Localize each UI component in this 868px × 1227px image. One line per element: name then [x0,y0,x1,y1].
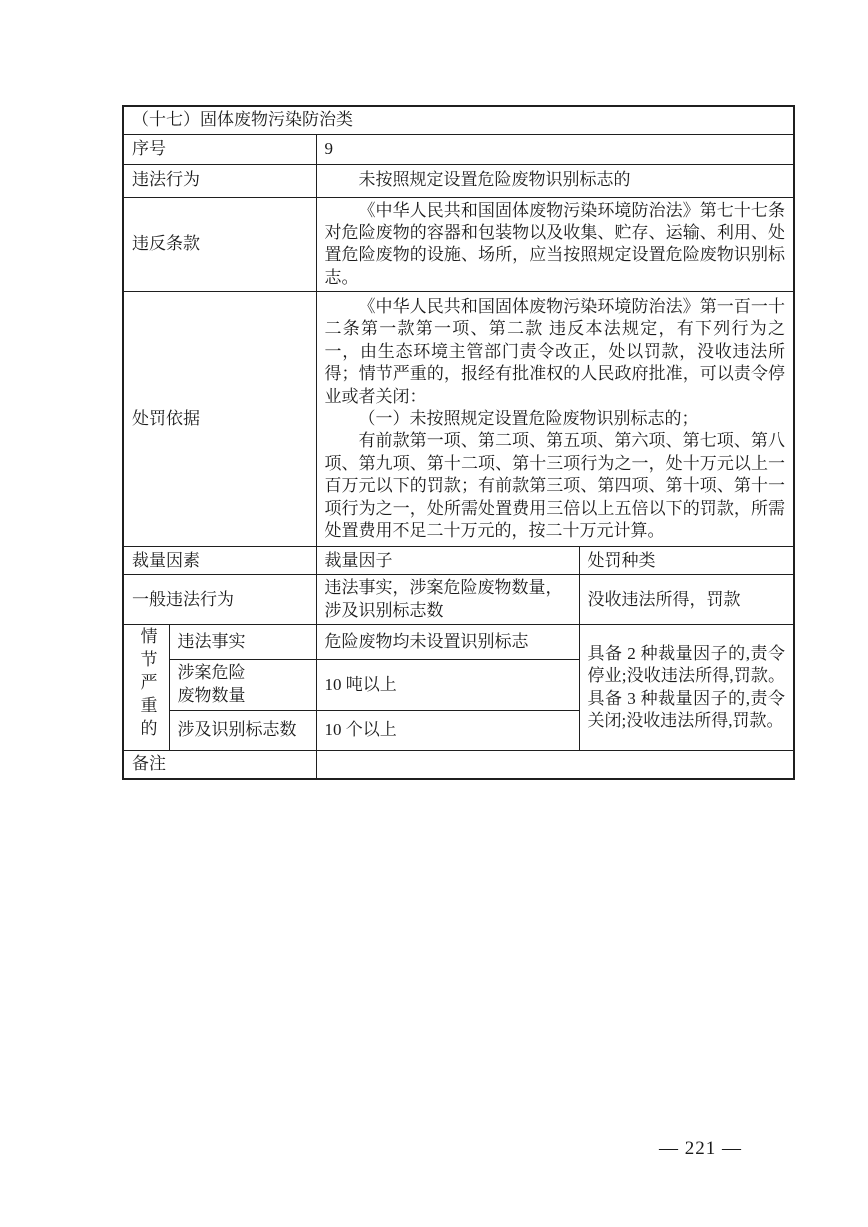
remark-value-cell [316,751,794,779]
penalty-discretion-table: （十七）固体废物污染防治类 序号 9 违法行为 未按照规定设置危险废物识别标志的… [122,105,795,780]
discretion-factor-category-header-cell: 裁量因素 [123,547,316,575]
table-row: （十七）固体废物污染防治类 [123,106,794,134]
general-violation-penalty-cell: 没收违法所得，罚款 [579,575,794,625]
discretion-factor-header-cell: 裁量因子 [316,547,579,575]
table-row: 违反条款 《中华人民共和国固体废物污染环境防治法》第七十七条 对危险废物的容器和… [123,197,794,292]
table-row: 情节严重的 违法事实 危险废物均未设置识别标志 具备 2 种裁量因子的,责令停业… [123,625,794,660]
serial-value-cell: 9 [316,134,794,164]
table-row: 备注 [123,751,794,779]
penalty-basis-paragraph-3: 有前款第一项、第二项、第五项、第六项、第七项、第八项、第九项、第十二项、第十三项… [325,430,786,542]
table-row: 违法行为 未按照规定设置危险废物识别标志的 [123,164,794,197]
category-header-cell: （十七）固体废物污染防治类 [123,106,794,134]
table-row: 序号 9 [123,134,794,164]
penalty-basis-paragraph-2: （一）未按照规定设置危险废物识别标志的； [325,408,786,430]
serious-row3-name-cell: 涉及识别标志数 [169,710,316,751]
penalty-basis-value-cell: 《中华人民共和国固体废物污染环境防治法》第一百一十二条第一款第一项、第二款 违反… [316,292,794,547]
violated-clause-text: 《中华人民共和国固体废物污染环境防治法》第七十七条 对危险废物的容器和包装物以及… [325,200,786,290]
document-page: （十七）固体废物污染防治类 序号 9 违法行为 未按照规定设置危险废物识别标志的… [0,0,868,1227]
serious-vertical-label: 情节严重的 [135,627,157,742]
general-violation-label-cell: 一般违法行为 [123,575,316,625]
table-row: 裁量因素 裁量因子 处罚种类 [123,547,794,575]
penalty-type-header-cell: 处罚种类 [579,547,794,575]
illegal-act-label-cell: 违法行为 [123,164,316,197]
serious-row1-name-cell: 违法事实 [169,625,316,660]
violated-clause-label-cell: 违反条款 [123,197,316,292]
penalty-basis-paragraph-1: 《中华人民共和国固体废物污染环境防治法》第一百一十二条第一款第一项、第二款 违反… [325,296,786,408]
serial-label-cell: 序号 [123,134,316,164]
penalty-basis-label-cell: 处罚依据 [123,292,316,547]
serious-row2-name-cell: 涉案危险 废物数量 [169,659,316,710]
serious-label-cell: 情节严重的 [123,625,169,751]
violated-clause-value-cell: 《中华人民共和国固体废物污染环境防治法》第七十七条 对危险废物的容器和包装物以及… [316,197,794,292]
table-row: 一般违法行为 违法事实，涉案危险废物数量，涉及识别标志数 没收违法所得，罚款 [123,575,794,625]
general-violation-factor-cell: 违法事实，涉案危险废物数量，涉及识别标志数 [316,575,579,625]
remark-label-cell: 备注 [123,751,316,779]
serious-penalty-cell: 具备 2 种裁量因子的,责令停业;没收违法所得,罚款。具备 3 种裁量因子的,责… [579,625,794,751]
illegal-act-value-cell: 未按照规定设置危险废物识别标志的 [316,164,794,197]
page-number: — 221 — [618,1138,783,1160]
table-row: 处罚依据 《中华人民共和国固体废物污染环境防治法》第一百一十二条第一款第一项、第… [123,292,794,547]
serious-row1-factor-cell: 危险废物均未设置识别标志 [316,625,579,660]
serious-row2-factor-cell: 10 吨以上 [316,659,579,710]
serious-row3-factor-cell: 10 个以上 [316,710,579,751]
